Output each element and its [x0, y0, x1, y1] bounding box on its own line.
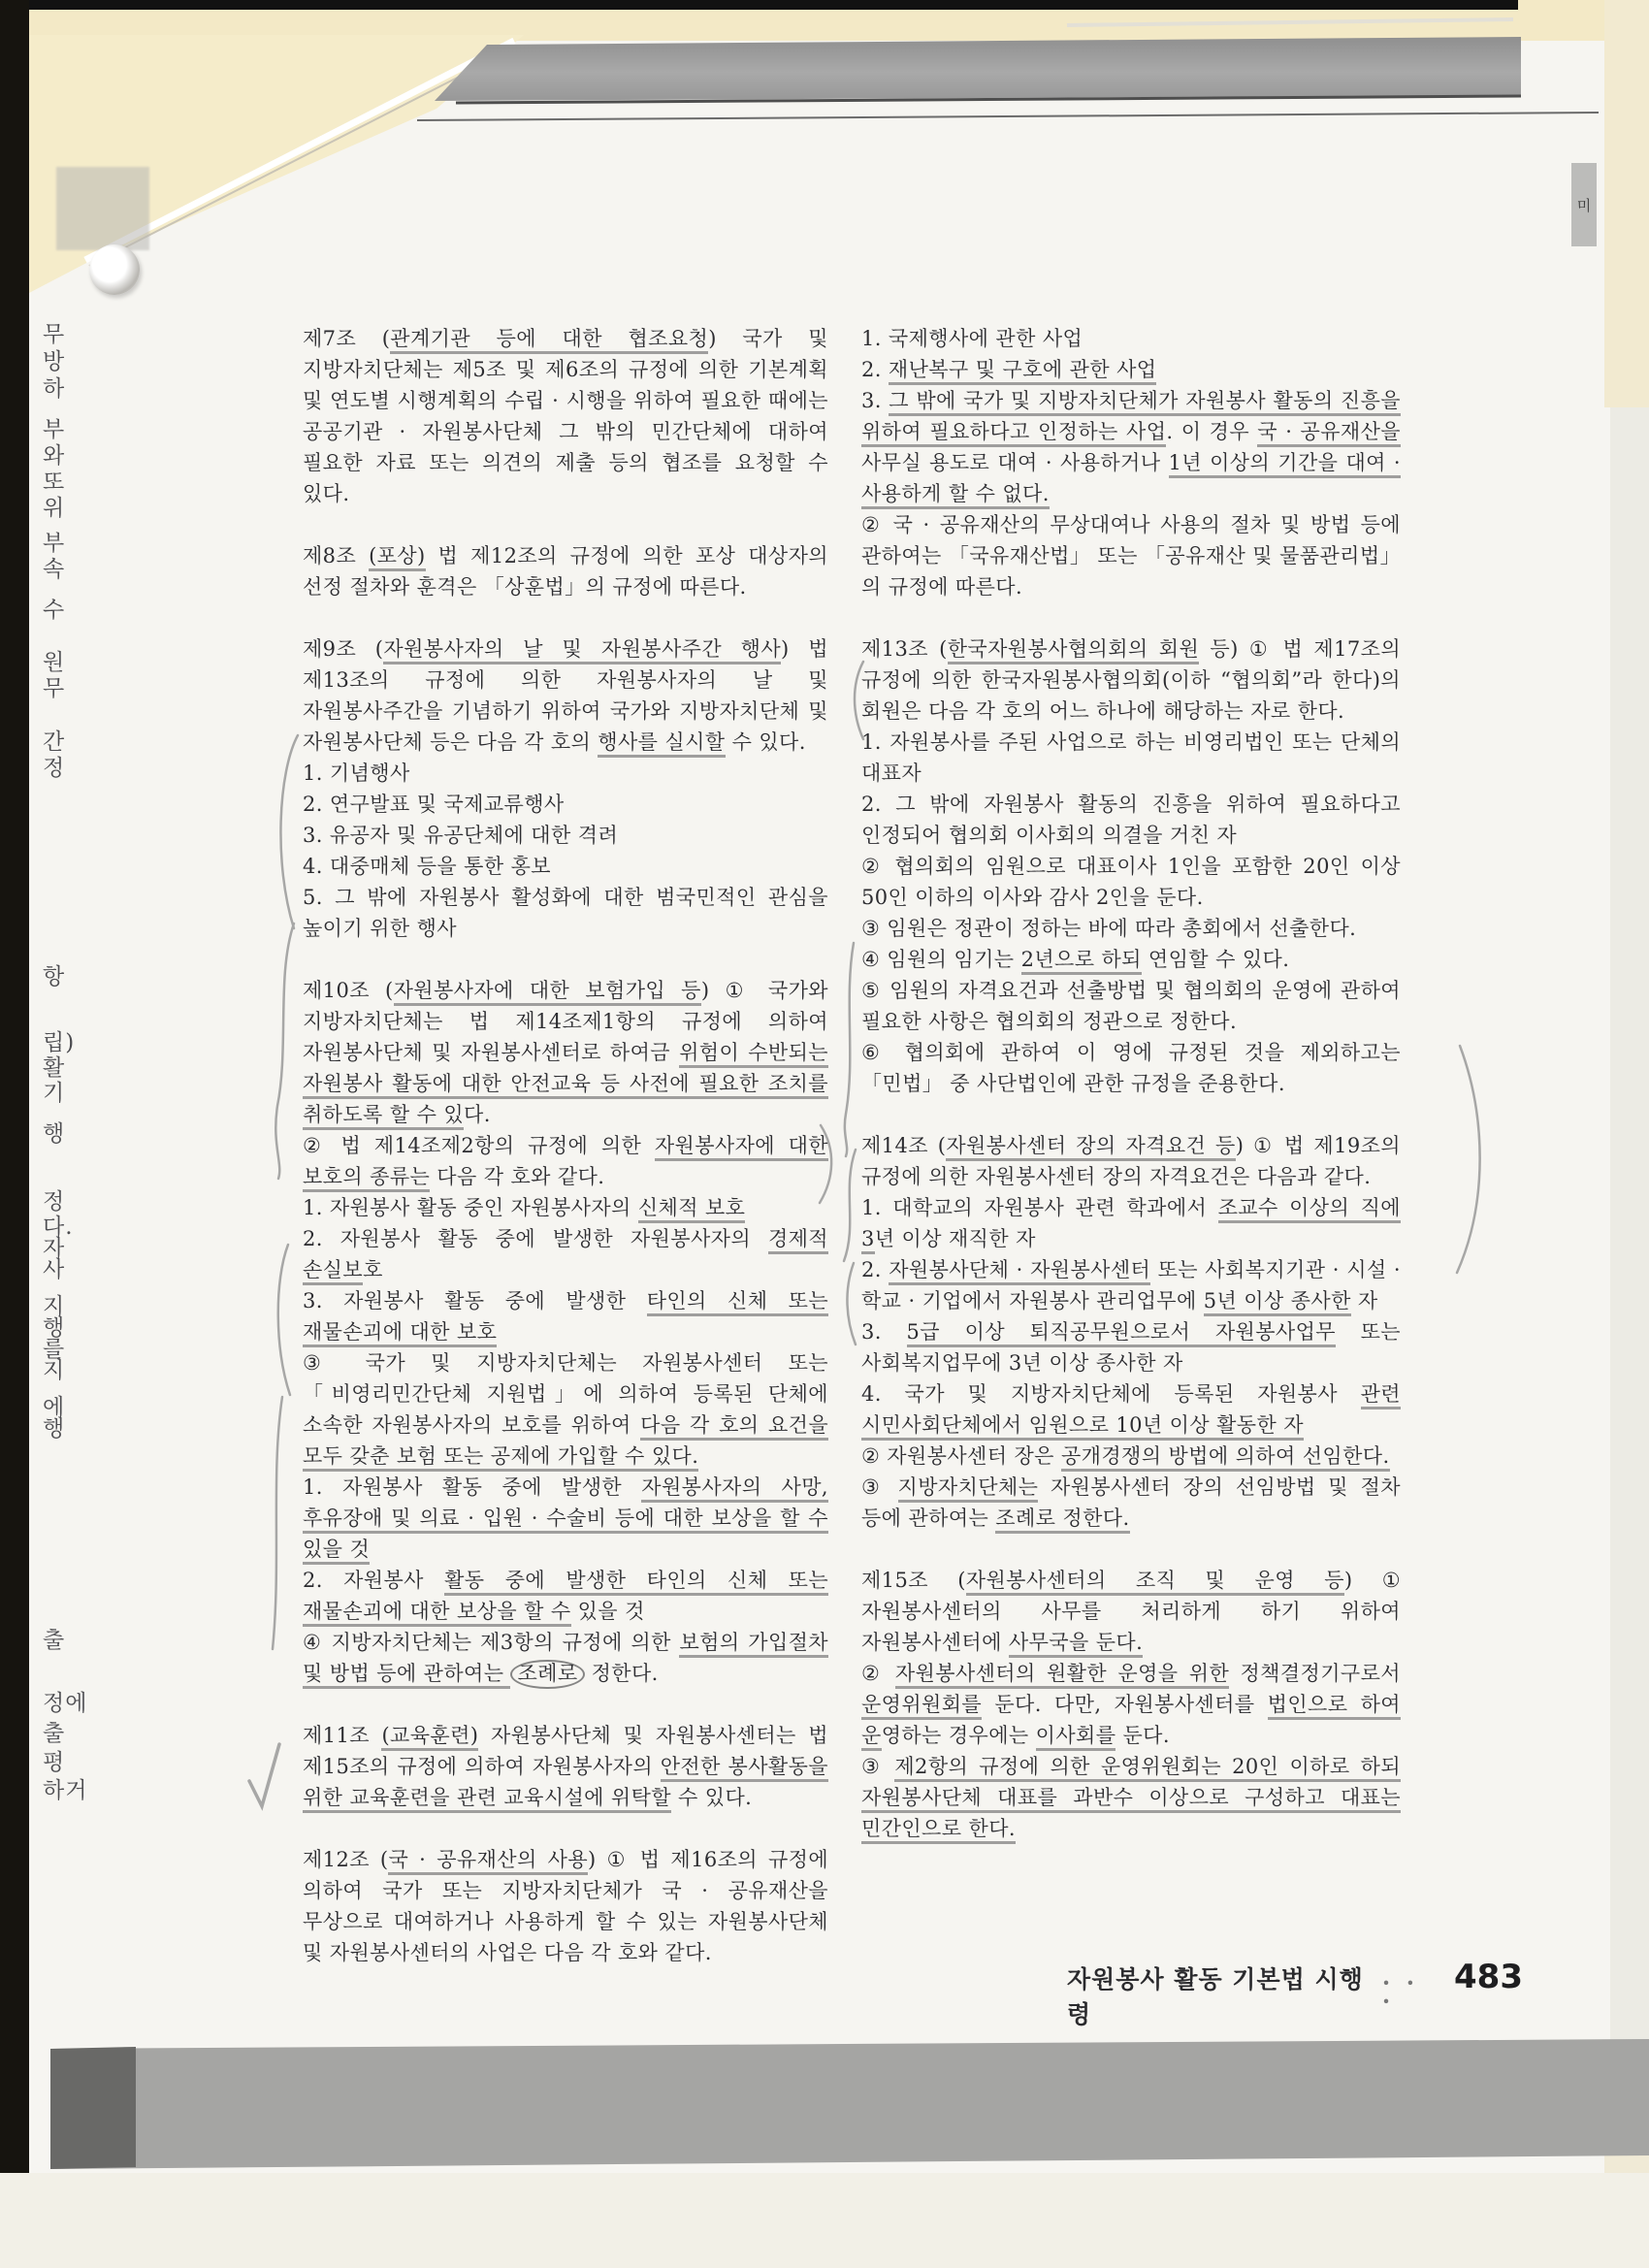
plain-text: 2. 그 밖에 자원봉사 활동의 진흥을 위하여 필요하다고 인정되어 협의회 … [861, 793, 1401, 847]
text-block: 제8조 (포상) 법 제12조의 규정에 의한 포상 대상자의 선정 절차와 훈… [303, 540, 828, 602]
text-block: 3. 그 밖에 국가 및 지방자치단체가 자원봉사 활동의 진흥을 위하여 필요… [861, 385, 1401, 509]
underlined-text: 재난복구 및 구호에 관한 사업 [889, 358, 1157, 385]
text-block: ⑤ 임원의 자격요건과 선출방법 및 협의회의 운영에 관하여 필요한 사항은 … [861, 975, 1401, 1037]
underlined-text: 이사회를 [1036, 1724, 1116, 1751]
scan-header-gray-band [0, 0, 1649, 291]
plain-text: 수 있다. [671, 1786, 752, 1809]
text-block: ③ 제2항의 규정에 의한 운영위원회는 20인 이하로 하되 자원봉사단체 대… [861, 1751, 1401, 1844]
text-block: 1. 자원봉사를 주된 사업으로 하는 비영리법인 또는 단체의 대표자 [861, 727, 1401, 789]
plain-text: 3. 유공자 및 유공단체에 대한 격려 [303, 824, 618, 847]
plain-text: 년 이상 재직한 자 [875, 1227, 1036, 1250]
margin-fragment: 출 [43, 1622, 65, 1654]
underlined-text: 운영위원회를 [861, 1693, 982, 1720]
plain-text: 제7조 ( [303, 327, 390, 350]
underlined-text: 공개경쟁의 방법에 의하여 선임한다. [1061, 1444, 1390, 1472]
pencil-bracket [280, 735, 298, 928]
plain-text: 수 있다. [726, 730, 806, 754]
plain-text: 제8조 [303, 544, 369, 567]
margin-fragment: 지 [43, 1352, 65, 1384]
plain-text: 1. 자원봉사 활동 중인 자원봉사자의 [303, 1196, 638, 1219]
plain-text: 둔다. [1115, 1724, 1170, 1747]
pencil-curve [845, 943, 854, 1156]
pencil-bracket [847, 1263, 856, 1345]
text-block: 3. 자원봉사 활동 중에 발생한 타인의 신체 또는 재물손괴에 대한 보호 [303, 1285, 828, 1347]
plain-text: 제12조 ( [303, 1848, 388, 1871]
plain-text: 3. 자원봉사 활동 중에 발생한 [303, 1289, 647, 1312]
underlined-text: 신체적 보호 [638, 1196, 746, 1223]
plain-text: 제9조 ( [303, 637, 383, 661]
plain-text: ⑥ 협의회에 관하여 이 영에 규정된 것을 제외하고는 「민법」 중 사단법인… [861, 1041, 1401, 1095]
pencil-curve [275, 923, 294, 1179]
text-block: 제15조 (자원봉사센터의 조직 및 운영 등) ① 자원봉사센터의 사무를 처… [861, 1565, 1401, 1658]
margin-fragment: 행 [43, 1116, 65, 1148]
right-text-column: 1. 국제행사에 관한 사업2. 재난복구 및 구호에 관한 사업3. 그 밖에… [861, 323, 1401, 1844]
text-block: 2. 연구발표 및 국제교류행사 [303, 789, 828, 820]
margin-fragment: 사 [43, 1251, 65, 1283]
scan-smudge [56, 167, 149, 250]
underlined-text: 제2항의 규정에 의한 운영위원회는 20인 이하로 하되 자원봉사단체 대표를… [861, 1755, 1401, 1844]
plain-text: ③ 임원은 정관이 정하는 바에 따라 총회에서 선출한다. [861, 917, 1356, 940]
text-block: 4. 대중매체 등을 통한 홍보 [303, 851, 828, 882]
plain-text: 1. 국제행사에 관한 사업 [861, 327, 1083, 350]
plain-text: 1. 기념행사 [303, 761, 410, 785]
plain-text: 있을 것 [571, 1600, 645, 1623]
margin-fragment: 기 [43, 1075, 65, 1107]
text-block: 제12조 (국 · 공유재산의 사용) ① 법 제16조의 규정에 의하여 국가… [303, 1844, 828, 1968]
pencil-checkmark [249, 1744, 279, 1806]
text-block: 4. 국가 및 지방자치단체에 등록된 자원봉사 관련 시민사회단체에서 임원으… [861, 1378, 1401, 1441]
text-block: 1. 국제행사에 관한 사업 [861, 323, 1401, 354]
text-block: ② 국 · 공유재산의 무상대여나 사용의 절차 및 방법 등에 관하여는 「국… [861, 509, 1401, 602]
margin-fragment: 속 [43, 551, 65, 583]
text-block: ③ 임원은 정관이 정하는 바에 따라 총회에서 선출한다. [861, 913, 1401, 944]
margin-fragment: 정 [43, 750, 65, 782]
scan-bottom-gray-band [0, 2027, 1649, 2268]
plain-text: ③ [861, 1755, 894, 1778]
underlined-text: (포상) [369, 544, 426, 571]
text-block: 1. 대학교의 자원봉사 관련 학과에서 조교수 이상의 직에 3년 이상 재직… [861, 1192, 1401, 1254]
plain-text: 다. [464, 1103, 491, 1126]
scan-left-black-edge [0, 0, 29, 2194]
underlined-text: 자원봉사센터의 원활한 운영을 위한 [895, 1662, 1229, 1689]
text-block: 제14조 (자원봉사센터 장의 자격요건 등) ① 법 제19조의 규정에 의한… [861, 1130, 1401, 1192]
underlined-text: 관계기관 등에 대한 협조요청 [390, 327, 708, 354]
plain-text: ④ 임원의 임기는 [861, 948, 1021, 971]
plain-text: ② 국 · 공유재산의 무상대여나 사용의 절차 및 방법 등에 관하여는 「국… [861, 513, 1401, 599]
underlined-text: 국 · 공유재산의 사용 [388, 1848, 588, 1875]
text-block: 제7조 (관계기관 등에 대한 협조요청) 국가 및 지방자치단체는 제5조 및… [303, 323, 828, 509]
circled-text: 조례로 [510, 1660, 584, 1689]
text-block: 1. 자원봉사 활동 중에 발생한 자원봉사자의 사망, 후유장애 및 의료 ·… [303, 1472, 828, 1565]
margin-fragment: 정에 [43, 1685, 87, 1717]
plain-text: 1. 대학교의 자원봉사 관련 학과에서 [861, 1196, 1218, 1219]
text-block: 5. 그 밖에 자원봉사 활성화에 대한 범국민적인 관심을 높이기 위한 행사 [303, 882, 828, 944]
text-block: 2. 자원봉사단체 · 자원봉사센터 또는 사회복지기관 · 시설 · 학교 ·… [861, 1254, 1401, 1316]
margin-fragment: 행 [43, 1410, 65, 1442]
text-block: ⑥ 협의회에 관하여 이 영에 규정된 것을 제외하고는 「민법」 중 사단법인… [861, 1037, 1401, 1099]
underlined-text: 5급 이상 퇴직공무원으로서 자원봉사업무 [907, 1320, 1336, 1347]
plain-text: 5. 그 밖에 자원봉사 활성화에 대한 범국민적인 관심을 높이기 위한 행사 [303, 886, 828, 940]
margin-fragment: 하거 [43, 1772, 87, 1804]
plain-text: ③ [861, 1475, 898, 1499]
text-block: ④ 임원의 임기는 2년으로 하되 연임할 수 있다. [861, 944, 1401, 975]
plain-text: ④ 지방자치단체는 제3항의 규정에 의한 [303, 1631, 679, 1654]
margin-fragment: 수 [43, 592, 65, 624]
plain-text: 정한다. [585, 1662, 659, 1685]
pencil-curve [273, 1397, 282, 1649]
text-block: ② 자원봉사센터의 원활한 운영을 위한 정책결정기구로서 운영위원회를 둔다.… [861, 1658, 1401, 1751]
margin-fragment: 위 [43, 490, 65, 522]
plain-text: . 이 경우 [1166, 420, 1257, 443]
plain-text: 둔다. 다만, 자원봉사센터를 [982, 1693, 1268, 1716]
underlined-text: 조례로 정한다. [995, 1507, 1129, 1534]
scan-top-black-bar [0, 0, 1518, 10]
text-block: 2. 자원봉사 활동 중에 발생한 자원봉사자의 경제적 손실보호 [303, 1223, 828, 1285]
text-block: 3. 유공자 및 유공단체에 대한 격려 [303, 820, 828, 851]
text-block: ② 협의회의 임원으로 대표이사 1인을 포함한 20인 이상 50인 이하의 … [861, 851, 1401, 913]
plain-text: ② 자원봉사센터 장은 [861, 1444, 1061, 1468]
margin-fragment: 항 [43, 958, 65, 990]
plain-text: ⑤ 임원의 자격요건과 선출방법 및 협의회의 운영에 관하여 필요한 사항은 … [861, 979, 1401, 1033]
text-block: 1. 자원봉사 활동 중인 자원봉사자의 신체적 보호 [303, 1192, 828, 1223]
plain-text: 제14조 ( [861, 1134, 946, 1157]
plain-text: ② [861, 1662, 895, 1685]
text-block: 2. 그 밖에 자원봉사 활동의 진흥을 위하여 필요하다고 인정되어 협의회 … [861, 789, 1401, 851]
text-block: 2. 자원봉사 활동 중에 발생한 타인의 신체 또는 재물손괴에 대한 보상을… [303, 1565, 828, 1627]
margin-fragment: 무 [43, 670, 65, 702]
plain-text: 제13조 ( [861, 637, 948, 661]
underlined-text: 자원봉사단체 · 자원봉사센터 [889, 1258, 1150, 1285]
text-block: 제11조 (교육훈련) 자원봉사단체 및 자원봉사센터는 법 제15조의 규정에… [303, 1720, 828, 1813]
underlined-text: 지방자치단체는 [898, 1475, 1039, 1503]
pencil-paren [1457, 1046, 1480, 1273]
plain-text: ) 국가 및 지방자치단체는 제5조 및 제6조의 규정에 의한 기본계획 및 … [303, 327, 828, 505]
text-block: 2. 재난복구 및 구호에 관한 사업 [861, 354, 1401, 385]
underlined-text: 한국자원봉사협의회의 회원 [948, 637, 1199, 664]
pencil-bracket [278, 1245, 290, 1395]
text-block: ④ 지방자치단체는 제3항의 규정에 의한 보험의 가입절차 및 방법 등에 관… [303, 1627, 828, 1689]
plain-text: 제15조 ( [861, 1569, 966, 1592]
underlined-text: 자원봉사센터의 조직 및 운영 등 [966, 1569, 1344, 1596]
plain-text: 3. [861, 1320, 907, 1344]
page-footer: 자원봉사 활동 기본법 시행령 ∙ ∙ ∙ 483 [1067, 1958, 1523, 2030]
plain-text: 1. 자원봉사 활동 중에 발생한 [303, 1475, 641, 1499]
plain-text: 2. 자원봉사 [303, 1569, 444, 1592]
plain-text: 2. [861, 358, 889, 381]
plain-text: 제10조 ( [303, 979, 394, 1002]
underlined-text: 자원봉사자에 대한 보험가입 등 [394, 979, 701, 1006]
text-block: 제13조 (한국자원봉사협의회의 회원 등) ① 법 제17조의 규정에 의한 … [861, 633, 1401, 727]
plain-text: 영하는 경우에는 [882, 1724, 1036, 1747]
plain-text: 2. 연구발표 및 국제교류행사 [303, 793, 565, 816]
margin-fragment: 하 [43, 371, 65, 403]
plain-text: 정책결정기구로서 [1229, 1662, 1401, 1685]
scan-right-edge-top [1604, 0, 1649, 407]
underlined-text: 사무국을 둔다. [1009, 1631, 1143, 1658]
text-block: 3. 5급 이상 퇴직공무원으로서 자원봉사업무 또는 사회복지업무에 3년 이… [861, 1316, 1401, 1378]
plain-text: 연임할 수 있다. [1142, 948, 1289, 971]
text-block: 제10조 (자원봉사자에 대한 보험가입 등) ① 국가와 지방자치단체는 법 … [303, 975, 828, 1130]
plain-text: ② 법 제14조제2항의 규정에 의한 [303, 1134, 655, 1157]
underlined-text: 행사를 실시할 [598, 730, 725, 758]
underlined-text: 국 · 공유재산을 [1257, 420, 1401, 447]
left-text-column: 제7조 (관계기관 등에 대한 협조요청) 국가 및 지방자치단체는 제5조 및… [303, 323, 828, 1968]
pencil-curve [844, 1150, 856, 1261]
scanned-book-page: 미 무방하부와또위부속수원무간정항립)활기행정다.자사지행를지에행출정에출평하거… [0, 0, 1649, 2268]
scan-right-edge-bottom [1604, 2154, 1649, 2268]
adjacent-page-text: 미 [1577, 195, 1592, 215]
plain-text: 2. [861, 1258, 889, 1281]
underlined-text: 5년 이상 종사한 [1204, 1289, 1351, 1316]
underlined-text: 자원봉사자의 날 및 자원봉사주간 행사 [383, 637, 781, 664]
scan-right-edge-mid [1610, 407, 1649, 2154]
plain-text: 4. 국가 및 지방자치단체에 등록된 자원봉사 [861, 1382, 1361, 1406]
plain-text: 사무실 용도로 대여 · 사용하거나 [861, 451, 1169, 474]
hole-punch-circle [89, 244, 140, 295]
text-block: ② 자원봉사센터 장은 공개경쟁의 방법에 의하여 선임한다. [861, 1441, 1401, 1472]
plain-text: 2. 자원봉사 활동 중에 발생한 자원봉사자의 [303, 1227, 768, 1250]
plain-text: 자 [1351, 1289, 1378, 1312]
underlined-text: 자원봉사센터 장의 자격요건 등 [946, 1134, 1235, 1161]
adjacent-page-fragment: 미 [1571, 163, 1597, 246]
plain-text: 호 [363, 1258, 383, 1281]
page-number: 483 [1454, 1958, 1523, 1996]
margin-fragment: 출 [43, 1715, 65, 1747]
text-block: ③ 국가 및 지방자치단체는 자원봉사센터 또는 「비영리민간단체 지원법」에 … [303, 1347, 828, 1472]
plain-text: ② 협의회의 임원으로 대표이사 1인을 포함한 20인 이상 50인 이하의 … [861, 855, 1401, 909]
plain-text: 다음 각 호와 같다. [430, 1165, 604, 1188]
footer-title: 자원봉사 활동 기본법 시행령 [1067, 1960, 1369, 2030]
text-block: 1. 기념행사 [303, 758, 828, 789]
underlined-text: 2년으로 하되 [1021, 948, 1142, 975]
plain-text: 4. 대중매체 등을 통한 홍보 [303, 855, 551, 878]
plain-text: 제11조 [303, 1724, 381, 1747]
plain-text: 3. [861, 389, 889, 412]
text-block: ③ 지방자치단체는 자원봉사센터 장의 선임방법 및 절차 등에 관하여는 조례… [861, 1472, 1401, 1534]
plain-text: 1. 자원봉사를 주된 사업으로 하는 비영리법인 또는 단체의 대표자 [861, 730, 1401, 785]
underlined-text: (교육훈련) [381, 1724, 478, 1751]
footer-dots: ∙ ∙ ∙ [1382, 1973, 1440, 2010]
text-block: 제9조 (자원봉사자의 날 및 자원봉사주간 행사) 법 제13조의 규정에 의… [303, 633, 828, 758]
text-block: ② 법 제14조제2항의 규정에 의한 자원봉사자에 대한 보호의 종류는 다음… [303, 1130, 828, 1192]
